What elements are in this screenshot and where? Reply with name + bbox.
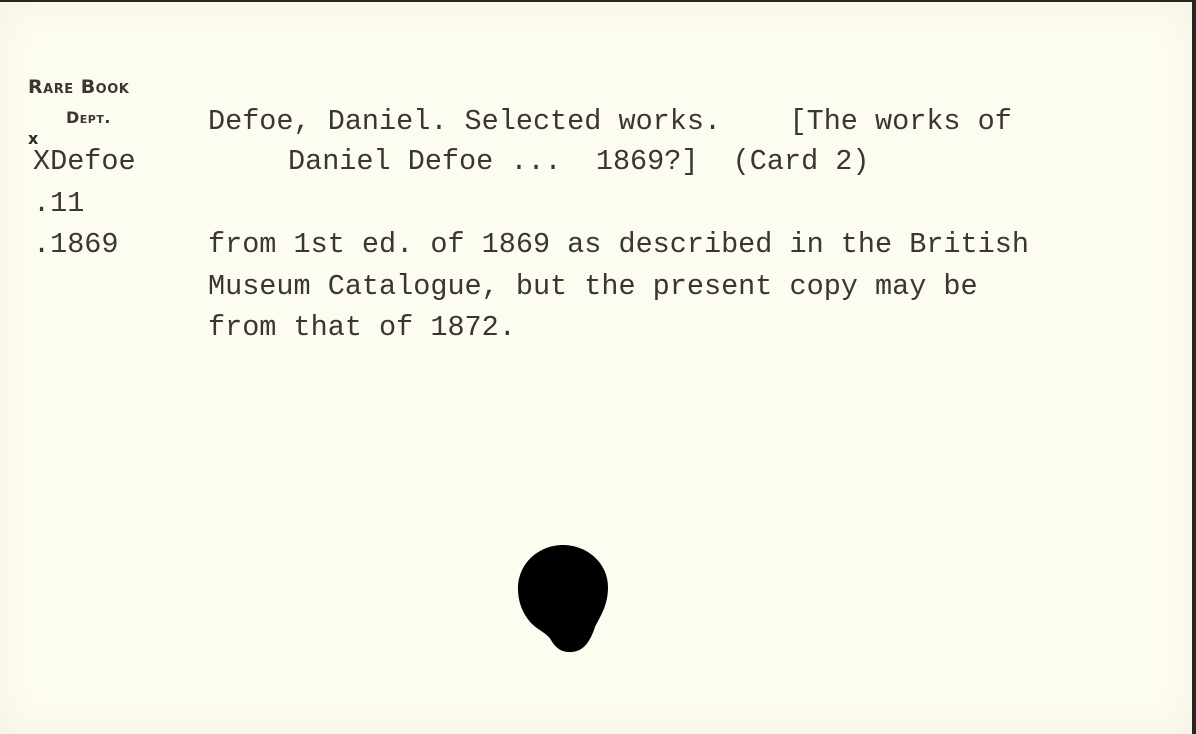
heading-line-2: Daniel Defoe ... 1869?] (Card 2) [288,148,870,177]
note-line-3: from that of 1872. [208,314,516,343]
heading-line-1: Defoe, Daniel. Selected works. [The work… [208,108,1012,137]
note-line-2: Museum Catalogue, but the present copy m… [208,273,978,302]
rare-book-stamp-line1: Rare Book [28,76,129,98]
rare-book-stamp-line2: Dept. [66,108,111,127]
catalog-card: Rare Book Dept. x XDefoe .11 .1869 Defoe… [0,2,1192,734]
call-number-line-1: XDefoe [33,148,136,177]
punch-hole-icon [517,543,609,653]
note-line-1: from 1st ed. of 1869 as described in the… [208,231,1029,260]
call-number-line-3: .1869 [33,231,119,260]
call-number-line-2: .11 [33,190,84,219]
